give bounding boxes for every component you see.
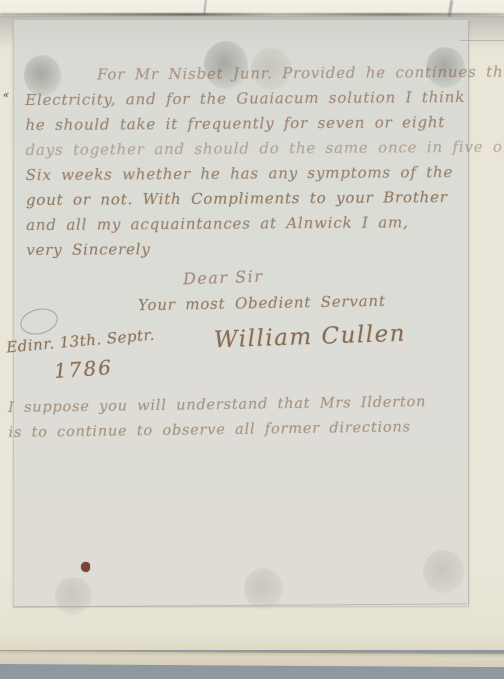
letter-body-text: For Mr Nisbet Junr. Provided he continue… bbox=[25, 63, 471, 266]
wax-stain bbox=[81, 562, 90, 572]
margin-mark: « bbox=[3, 90, 9, 101]
letter-line: gout or not. With Compliments to your Br… bbox=[26, 188, 471, 216]
album-leaf-bottom-edge bbox=[0, 650, 504, 667]
letter-line: Electricity, and for the Guaiacum soluti… bbox=[25, 88, 470, 116]
letter-line: very Sincerely bbox=[26, 238, 471, 266]
letter-line: Six weeks whether he has any symptoms of… bbox=[26, 163, 471, 191]
postscript: I suppose you will understand that Mrs I… bbox=[8, 394, 427, 450]
salutation: Dear Sir bbox=[183, 267, 264, 289]
letter-line: For Mr Nisbet Junr. Provided he continue… bbox=[25, 63, 470, 91]
dateline-year: 1786 bbox=[53, 355, 113, 383]
letter-line: he should take it frequently for seven o… bbox=[25, 113, 470, 141]
photograph-of-letter: { "photo": { "description": "Photograph … bbox=[0, 0, 504, 679]
letter-line: days together and should do the same onc… bbox=[26, 138, 471, 166]
glue-spot bbox=[423, 550, 464, 593]
glue-spot bbox=[55, 577, 92, 615]
backing-fold-line bbox=[460, 40, 504, 41]
letter-line: and all my acquaintances at Alnwick I am… bbox=[26, 213, 471, 241]
glue-spot bbox=[244, 568, 283, 609]
